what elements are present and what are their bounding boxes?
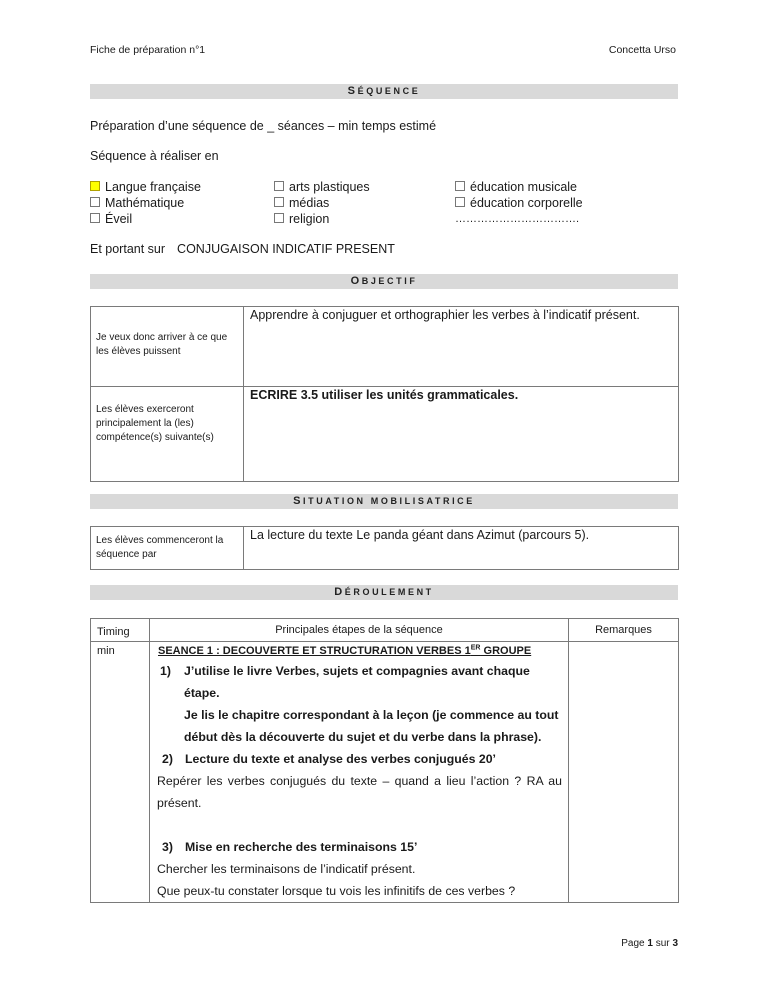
subject-religion[interactable]: religion xyxy=(274,211,370,227)
checkbox-icon[interactable] xyxy=(90,197,100,207)
objectif-table: Je veux donc arriver à ce que les élèves… xyxy=(90,306,679,482)
situation-value-cell[interactable]: La lecture du texte Le panda géant dans … xyxy=(244,527,679,570)
subject-arts-plastiques[interactable]: arts plastiques xyxy=(274,179,370,195)
timing-cell[interactable]: min xyxy=(91,642,150,903)
checkbox-icon[interactable] xyxy=(274,181,284,191)
step-3: 3) Mise en recherche des terminaisons 15… xyxy=(150,836,568,858)
checkbox-icon[interactable] xyxy=(274,213,284,223)
header-right-author: Concetta Urso xyxy=(609,44,676,56)
subject-medias[interactable]: médias xyxy=(274,195,370,211)
checkbox-icon[interactable] xyxy=(274,197,284,207)
step-2-text: Repérer les verbes conjugués du texte – … xyxy=(150,770,568,814)
section-deroulement: DÉROULEMENT xyxy=(90,585,678,600)
section-sequence-initial: S xyxy=(348,85,358,97)
subject-other-blank[interactable]: ……………………………. xyxy=(455,211,583,227)
section-objectif-title: BJECTIF xyxy=(362,276,418,286)
step-3-line-2: Que peux-tu constater lorsque tu vois le… xyxy=(150,880,568,902)
subject-education-corporelle[interactable]: éducation corporelle xyxy=(455,195,583,211)
step-1: 1) J’utilise le livre Verbes, sujets et … xyxy=(150,660,568,748)
checkbox-icon[interactable] xyxy=(455,181,465,191)
header-remarques: Remarques xyxy=(569,619,679,642)
competence-value-cell[interactable]: ECRIRE 3.5 utiliser les unités grammatic… xyxy=(244,387,679,482)
competence-label-cell: Les élèves exerceront principalement la … xyxy=(91,387,244,482)
etapes-cell[interactable]: SEANCE 1 : DECOUVERTE ET STRUCTURATION V… xyxy=(150,642,569,903)
subjects-col2: arts plastiques médias religion xyxy=(274,179,370,227)
section-sequence-title: ÉQUENCE xyxy=(358,86,421,96)
section-sequence: SÉQUENCE xyxy=(90,84,678,99)
step-3-line-1: Chercher les terminaisons de l’indicatif… xyxy=(150,858,568,880)
header-left: Fiche de préparation n°1 xyxy=(90,44,205,56)
portant-value: CONJUGAISON INDICATIF PRESENT xyxy=(177,242,395,256)
subject-mathematique[interactable]: Mathématique xyxy=(90,195,201,211)
portant-line: Et portant surCONJUGAISON INDICATIF PRES… xyxy=(90,242,395,256)
objectif-label-cell: Je veux donc arriver à ce que les élèves… xyxy=(91,307,244,387)
step-2: 2) Lecture du texte et analyse des verbe… xyxy=(150,748,568,770)
subject-education-musicale[interactable]: éducation musicale xyxy=(455,179,583,195)
header-timing: Timing xyxy=(91,619,150,642)
objectif-value-cell[interactable]: Apprendre à conjuguer et orthographier l… xyxy=(244,307,679,387)
remarques-cell[interactable] xyxy=(569,642,679,903)
realiser-label: Séquence à réaliser en xyxy=(90,149,219,163)
section-deroulement-title: ÉROULEMENT xyxy=(345,587,434,597)
checkbox-icon[interactable] xyxy=(90,213,100,223)
seance-title: SEANCE 1 : DECOUVERTE ET STRUCTURATION V… xyxy=(150,642,568,657)
situation-label-cell: Les élèves commenceront la séquence par xyxy=(91,527,244,570)
subjects-col1: Langue française Mathématique Éveil xyxy=(90,179,201,227)
section-situation-title: ITUATION MOBILISATRICE xyxy=(303,496,475,506)
deroulement-table: Timing Principales étapes de la séquence… xyxy=(90,618,679,903)
header-etapes: Principales étapes de la séquence xyxy=(150,619,569,642)
section-situation: SITUATION MOBILISATRICE xyxy=(90,494,678,509)
page-number: Page 1 sur 3 xyxy=(621,938,678,949)
situation-table: Les élèves commenceront la séquence par … xyxy=(90,526,679,570)
checkbox-icon[interactable] xyxy=(90,181,100,191)
subject-langue-francaise[interactable]: Langue française xyxy=(90,179,201,195)
portant-label: Et portant sur xyxy=(90,242,165,256)
subject-eveil[interactable]: Éveil xyxy=(90,211,201,227)
section-objectif: OBJECTIF xyxy=(90,274,678,289)
checkbox-icon[interactable] xyxy=(455,197,465,207)
preparation-line: Préparation d’une séquence de _ séances … xyxy=(90,119,436,133)
subjects-col3: éducation musicale éducation corporelle … xyxy=(455,179,583,227)
